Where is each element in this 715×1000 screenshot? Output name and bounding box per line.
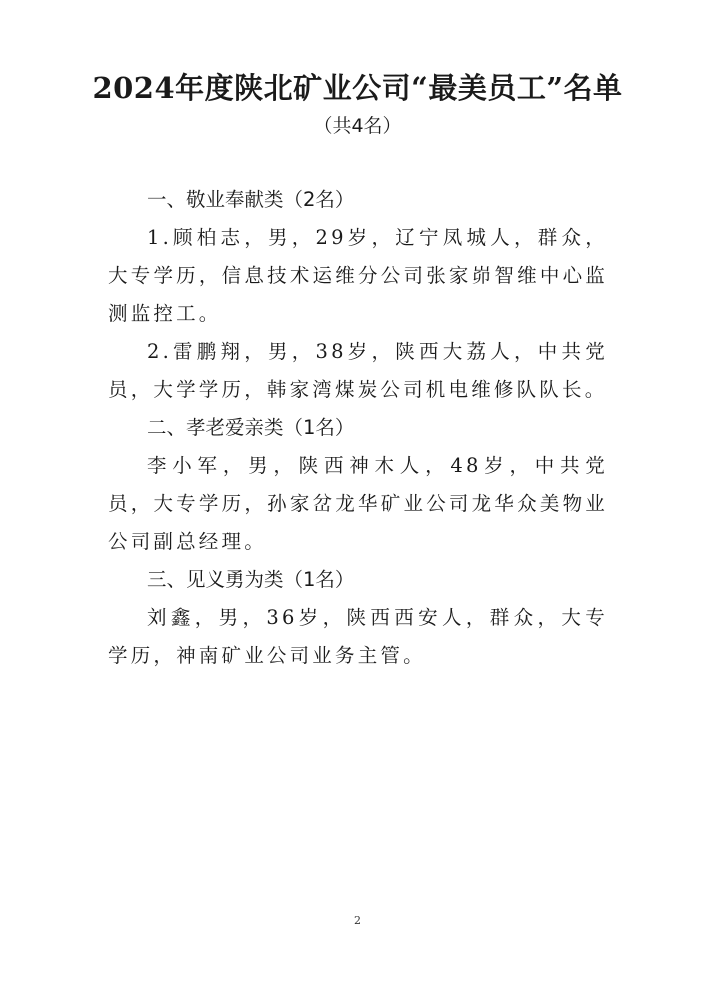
document-subtitle: （共4名） bbox=[0, 112, 715, 140]
document-page: 2024年度陕北矿业公司“最美员工”名单 （共4名） 一、敬业奉献类（2名） 1… bbox=[0, 0, 715, 1000]
section-heading: 二、孝老爱亲类（1名） bbox=[108, 409, 608, 447]
list-item: 1.顾柏志，男，29岁，辽宁凤城人，群众，大专学历，信息技术运维分公司张家峁智维… bbox=[108, 219, 608, 333]
document-body: 一、敬业奉献类（2名） 1.顾柏志，男，29岁，辽宁凤城人，群众，大专学历，信息… bbox=[108, 181, 608, 675]
list-item: 刘鑫，男，36岁，陕西西安人，群众，大专学历，神南矿业公司业务主管。 bbox=[108, 599, 608, 675]
section-heading: 三、见义勇为类（1名） bbox=[108, 561, 608, 599]
section-dedication: 一、敬业奉献类（2名） 1.顾柏志，男，29岁，辽宁凤城人，群众，大专学历，信息… bbox=[108, 181, 608, 409]
section-filial-piety: 二、孝老爱亲类（1名） 李小军，男，陕西神木人，48岁，中共党员，大专学历，孙家… bbox=[108, 409, 608, 561]
page-number: 2 bbox=[0, 914, 715, 927]
section-heading: 一、敬业奉献类（2名） bbox=[108, 181, 608, 219]
section-bravery: 三、见义勇为类（1名） 刘鑫，男，36岁，陕西西安人，群众，大专学历，神南矿业公… bbox=[108, 561, 608, 675]
document-title: 2024年度陕北矿业公司“最美员工”名单 bbox=[0, 68, 715, 108]
list-item: 李小军，男，陕西神木人，48岁，中共党员，大专学历，孙家岔龙华矿业公司龙华众美物… bbox=[108, 447, 608, 561]
list-item: 2.雷鹏翔，男，38岁，陕西大荔人，中共党员，大学学历，韩家湾煤炭公司机电维修队… bbox=[108, 333, 608, 409]
